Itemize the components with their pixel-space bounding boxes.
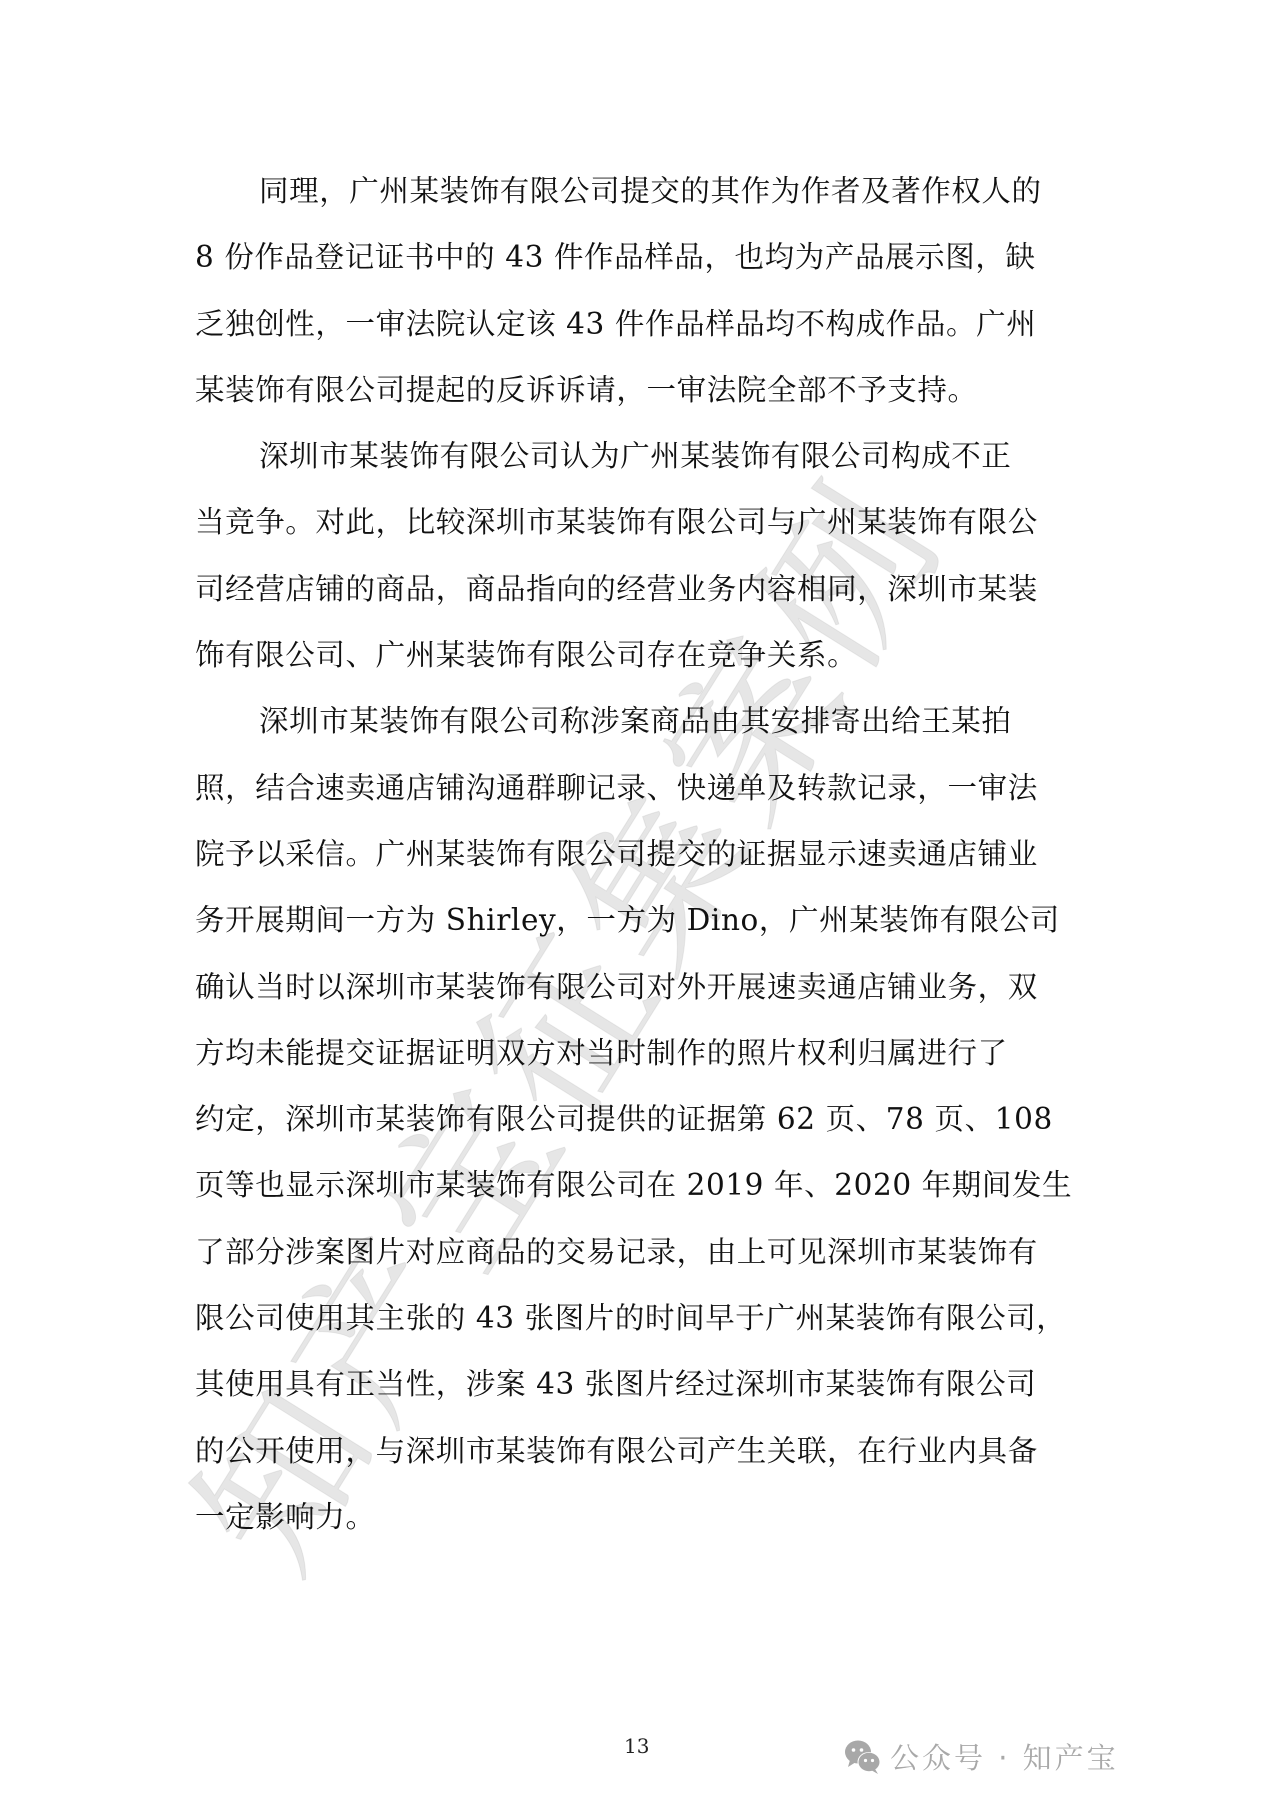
text-line: 方均未能提交证据证明双方对当时制作的照片权利归属进行了 [195,1020,1095,1086]
text-line: 确认当时以深圳市某装饰有限公司对外开展速卖通店铺业务，双 [195,954,1095,1020]
paragraph-competition: 深圳市某装饰有限公司认为广州某装饰有限公司构成不正 当竞争。对此，比较深圳市某装… [195,423,1095,688]
text-line: 约定，深圳市某装饰有限公司提供的证据第 62 页、78 页、108 [195,1086,1095,1152]
paragraph-counterclaim: 同理，广州某装饰有限公司提交的其作为作者及著作权人的 8 份作品登记证书中的 4… [195,158,1095,423]
wechat-icon [844,1739,882,1775]
text-line: 司经营店铺的商品，商品指向的经营业务内容相同，深圳市某装 [195,556,1095,622]
paragraph-evidence: 深圳市某装饰有限公司称涉案商品由其安排寄出给王某拍 照，结合速卖通店铺沟通群聊记… [195,688,1095,1550]
text-line: 务开展期间一方为 Shirley，一方为 Dino，广州某装饰有限公司 [195,887,1095,953]
text-line: 了部分涉案图片对应商品的交易记录，由上可见深圳市某装饰有 [195,1219,1095,1285]
text-line: 页等也显示深圳市某装饰有限公司在 2019 年、2020 年期间发生 [195,1152,1095,1218]
text-line: 某装饰有限公司提起的反诉诉请，一审法院全部不予支持。 [195,357,1095,423]
text-line: 的公开使用，与深圳市某装饰有限公司产生关联，在行业内具备 [195,1418,1095,1484]
text-line: 照，结合速卖通店铺沟通群聊记录、快递单及转款记录，一审法 [195,755,1095,821]
text-line: 8 份作品登记证书中的 43 件作品样品，也均为产品展示图，缺 [195,224,1095,290]
text-line: 乏独创性，一审法院认定该 43 件作品样品均不构成作品。广州 [195,291,1095,357]
document-page: 知产宝征集案例 同理，广州某装饰有限公司提交的其作为作者及著作权人的 8 份作品… [0,0,1280,1810]
text-line: 限公司使用其主张的 43 张图片的时间早于广州某装饰有限公司， [195,1285,1095,1351]
text-line: 其使用具有正当性，涉案 43 张图片经过深圳市某装饰有限公司 [195,1351,1095,1417]
text-line: 深圳市某装饰有限公司认为广州某装饰有限公司构成不正 [195,423,1095,489]
text-line: 当竞争。对此，比较深圳市某装饰有限公司与广州某装饰有限公 [195,489,1095,555]
text-line: 同理，广州某装饰有限公司提交的其作为作者及著作权人的 [195,158,1095,224]
text-line: 一定影响力。 [195,1484,1095,1550]
text-line: 深圳市某装饰有限公司称涉案商品由其安排寄出给王某拍 [195,688,1095,754]
text-line: 院予以采信。广州某装饰有限公司提交的证据显示速卖通店铺业 [195,821,1095,887]
text-line: 饰有限公司、广州某装饰有限公司存在竞争关系。 [195,622,1095,688]
wechat-official-account-badge: 公众号 · 知产宝 [844,1736,1119,1777]
document-body: 同理，广州某装饰有限公司提交的其作为作者及著作权人的 8 份作品登记证书中的 4… [195,158,1095,1550]
page-number-text: 13 [624,1734,649,1758]
wechat-account-label: 公众号 · 知产宝 [890,1736,1119,1777]
